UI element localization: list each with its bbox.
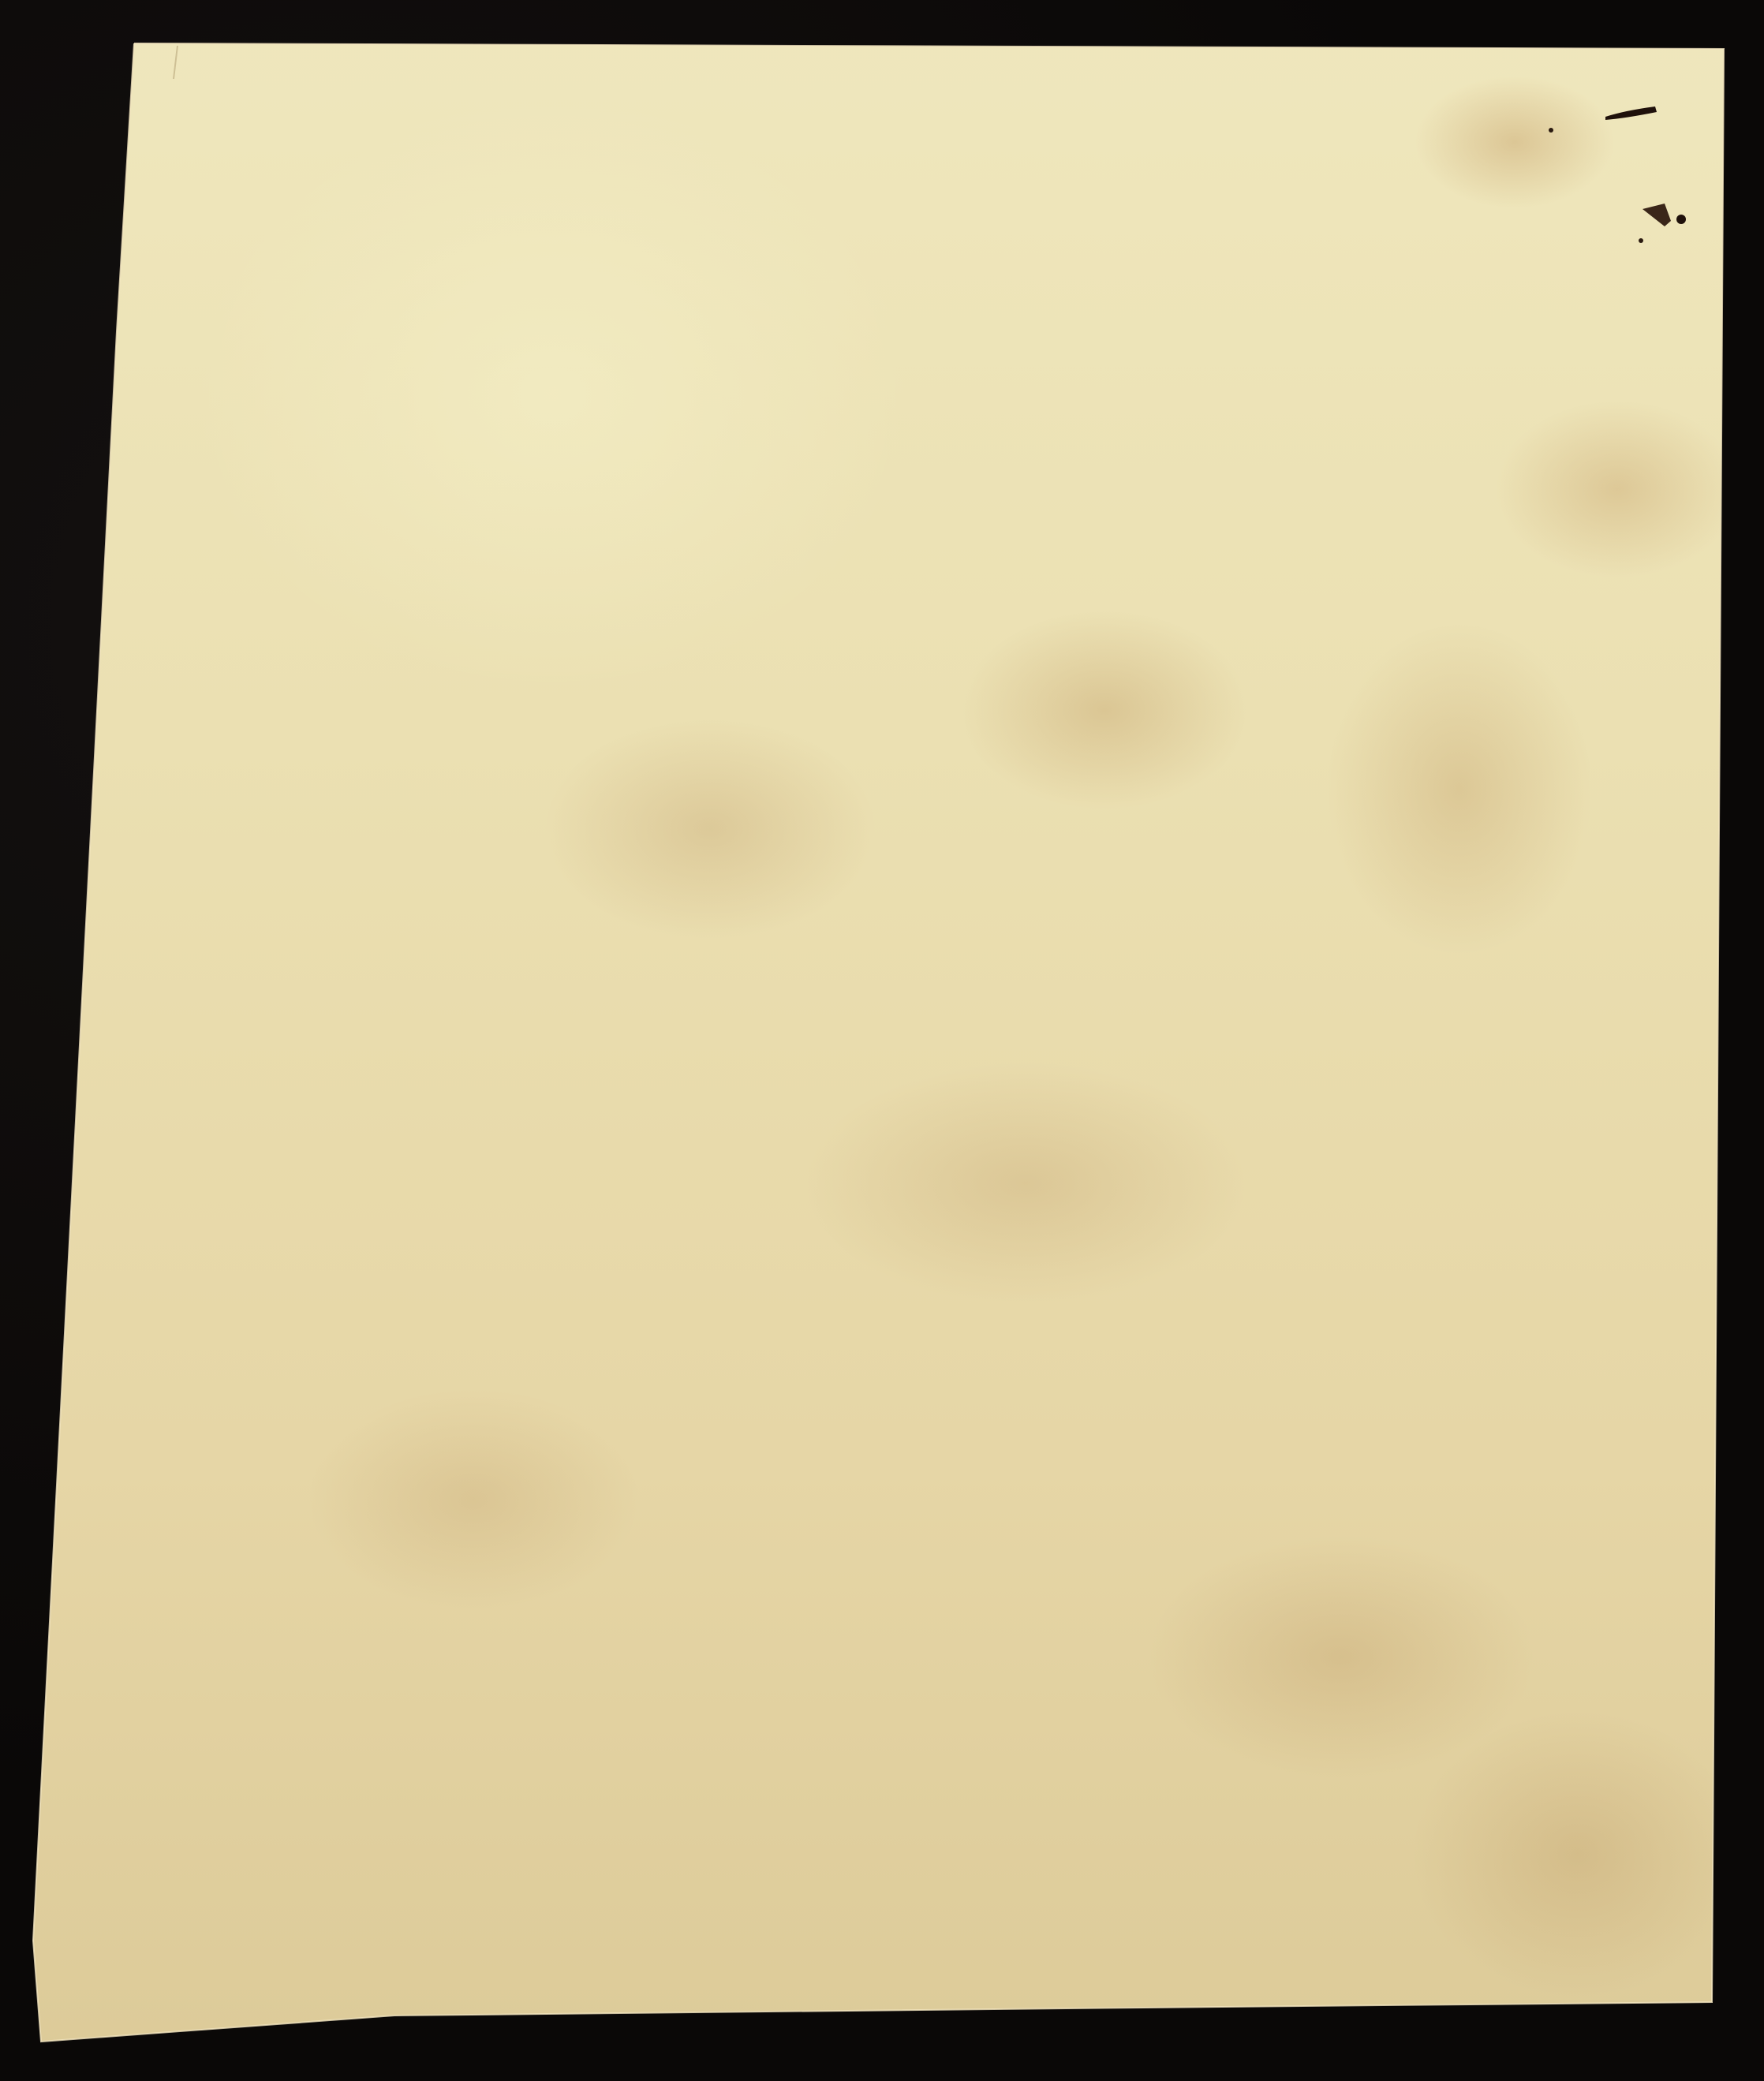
manuscript-page: [0, 0, 1764, 2081]
